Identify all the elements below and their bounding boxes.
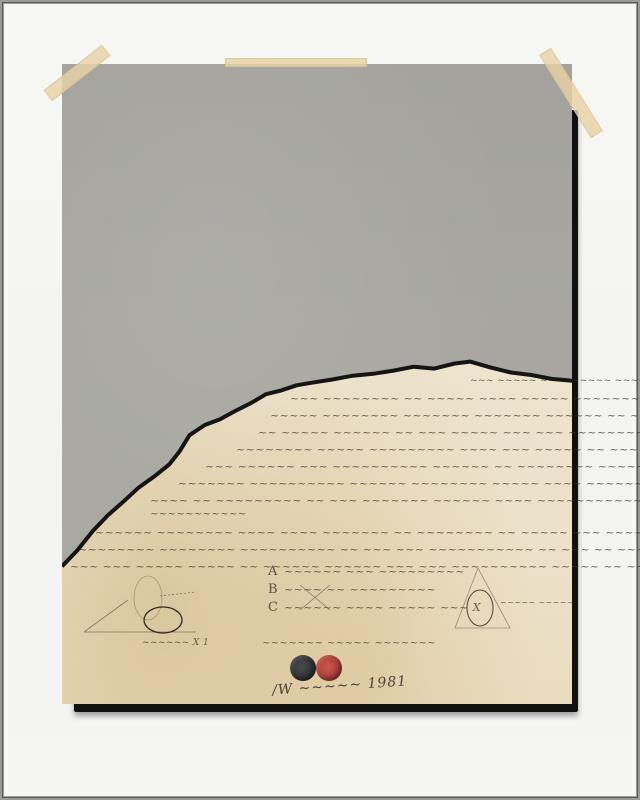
black-wax-seal (290, 655, 316, 681)
masking-tape-top (225, 58, 367, 67)
inscription-above-seals: ~~~~~~~ ~~~~~ ~~~~~~~ (262, 638, 436, 649)
sketch-label: ~~~~~ ~~~~~ (500, 598, 574, 607)
